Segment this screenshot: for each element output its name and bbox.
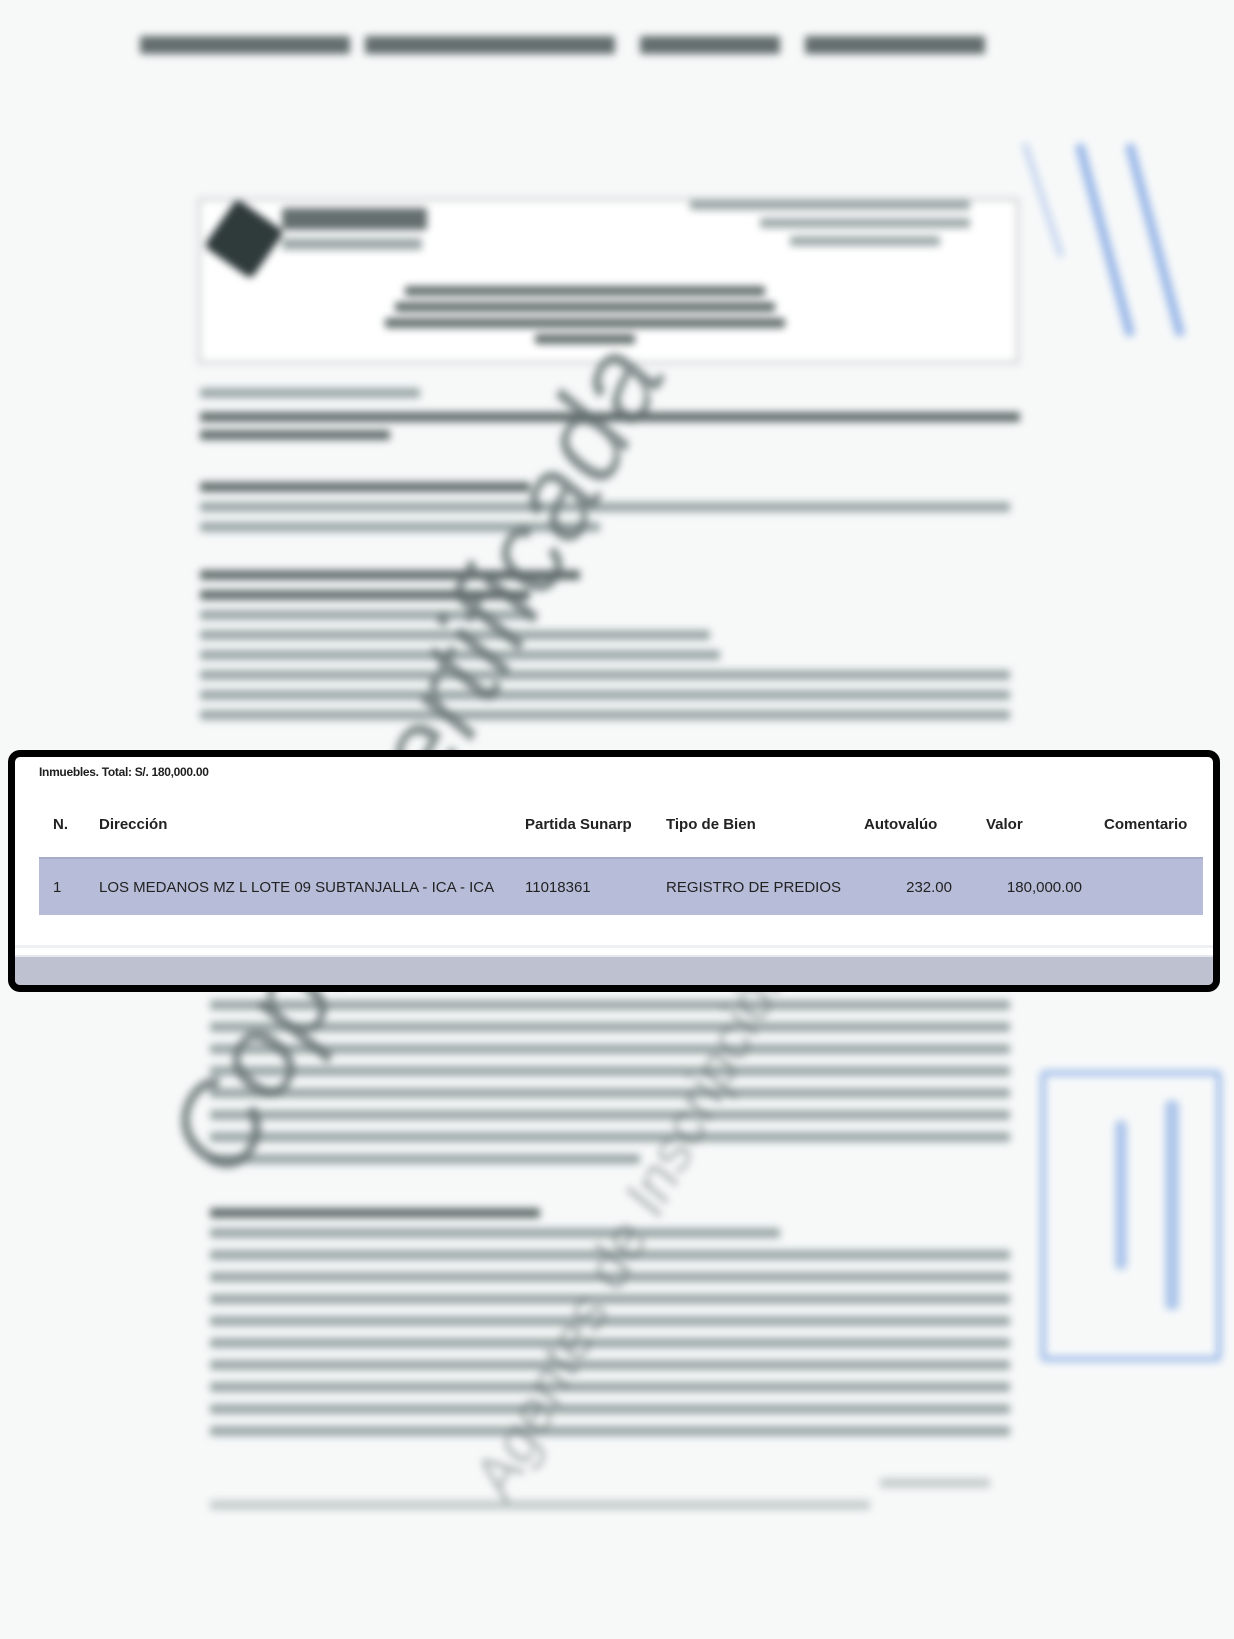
col-header-comentario: Comentario bbox=[1094, 816, 1203, 833]
col-header-n: N. bbox=[39, 816, 87, 833]
cell-n: 1 bbox=[39, 879, 87, 896]
registry-stamp bbox=[1040, 1070, 1222, 1362]
col-header-valor: Valor bbox=[954, 816, 1094, 833]
inmuebles-panel: Inmuebles. Total: S/. 180,000.00 N. Dire… bbox=[8, 750, 1220, 992]
cell-direccion: LOS MEDANOS MZ L LOTE 09 SUBTANJALLA - I… bbox=[87, 879, 525, 896]
panel-divider bbox=[15, 945, 1213, 948]
col-header-direccion: Dirección bbox=[87, 816, 525, 833]
table-header: N. Dirección Partida Sunarp Tipo de Bien… bbox=[39, 809, 1203, 839]
table-row[interactable]: 1 LOS MEDANOS MZ L LOTE 09 SUBTANJALLA -… bbox=[39, 857, 1203, 915]
col-header-partida: Partida Sunarp bbox=[525, 816, 666, 833]
cell-autovaluo: 232.00 bbox=[862, 879, 952, 896]
panel-footer-bar bbox=[15, 955, 1213, 985]
cell-partida: 11018361 bbox=[525, 879, 666, 896]
col-header-autovaluo: Autovalúo bbox=[862, 816, 954, 833]
panel-title: Inmuebles. Total: S/. 180,000.00 bbox=[39, 765, 209, 779]
col-header-tipo: Tipo de Bien bbox=[666, 816, 862, 833]
cell-tipo: REGISTRO DE PREDIOS bbox=[666, 879, 862, 896]
cell-valor: 180,000.00 bbox=[952, 879, 1092, 896]
